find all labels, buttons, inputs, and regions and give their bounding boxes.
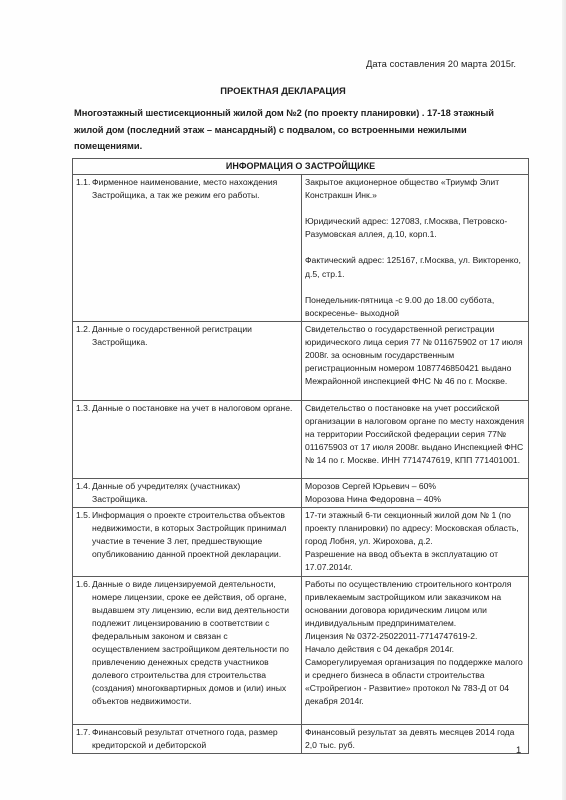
row-label: Данные об учредителях (участниках) Застр…: [92, 480, 297, 506]
table-row: 1.4.Данные об учредителях (участниках) З…: [73, 478, 529, 507]
row-label: Данные о государственной регистрации Зас…: [92, 323, 297, 349]
founder-2: Морозова Нина Федоровна – 40%: [305, 493, 524, 506]
commissioning-permit: Разрешение на ввод объекта в эксплуатаци…: [305, 548, 524, 574]
row-number: 1.2.: [76, 323, 92, 349]
scan-edge: [562, 0, 566, 800]
date-line: Дата составления 20 марта 2015г.: [366, 58, 516, 69]
row-number: 1.5.: [76, 509, 92, 561]
table-row: 1.1.Фирменное наименование, место нахожд…: [73, 175, 529, 322]
actual-address: Фактический адрес: 125167, г.Москва, ул.…: [305, 254, 524, 280]
developer-info-table: ИНФОРМАЦИЯ О ЗАСТРОЙЩИКЕ 1.1.Фирменное н…: [72, 158, 529, 754]
row-label: Фирменное наименование, место нахождения…: [92, 176, 297, 202]
row-number: 1.3.: [76, 402, 92, 415]
company-name: Закрытое акционерное общество «Триумф Эл…: [305, 176, 524, 202]
document-page: Дата составления 20 марта 2015г. ПРОЕКТН…: [0, 0, 566, 800]
row-label: Данные о виде лицензируемой деятельности…: [92, 578, 297, 709]
table-header: ИНФОРМАЦИЯ О ЗАСТРОЙЩИКЕ: [73, 159, 529, 175]
row-value: Свидетельство о постановке на учет росси…: [305, 402, 524, 467]
row-label: Данные о постановке на учет в налоговом …: [92, 402, 297, 415]
page-number: 1: [516, 744, 521, 755]
table-row: 1.6.Данные о виде лицензируемой деятельн…: [73, 576, 529, 724]
license-number: Лицензия № 0372-25022011-7714747619-2.: [305, 630, 524, 643]
row-label: Информация о проекте строительства объек…: [92, 509, 297, 561]
sro-info: Саморегулируемая организация по поддержк…: [305, 656, 524, 708]
row-value: Свидетельство о государственной регистра…: [305, 323, 524, 388]
row-number: 1.7.: [76, 726, 92, 752]
working-hours: Понедельник-пятница -с 9.00 до 18.00 суб…: [305, 294, 524, 320]
document-subtitle: Многоэтажный шестисекционный жилой дом №…: [74, 105, 524, 155]
table-row: 1.2.Данные о государственной регистрации…: [73, 321, 529, 400]
row-label: Финансовый результат отчетного года, раз…: [92, 726, 297, 752]
table-row: 1.3.Данные о постановке на учет в налого…: [73, 400, 529, 478]
row-number: 1.1.: [76, 176, 92, 202]
document-title: ПРОЕКТНАЯ ДЕКЛАРАЦИЯ: [0, 85, 566, 96]
project-description: 17-ти этажный 6-ти секционный жилой дом …: [305, 509, 524, 548]
license-start: Начало действия с 04 декабря 2014г.: [305, 643, 524, 656]
row-number: 1.4.: [76, 480, 92, 506]
table-row: 1.7.Финансовый результат отчетного года,…: [73, 724, 529, 753]
row-number: 1.6.: [76, 578, 92, 709]
legal-address: Юридический адрес: 127083, г.Москва, Пет…: [305, 215, 524, 241]
financial-result: Финансовый результат за девять месяцев 2…: [305, 726, 524, 752]
founder-1: Морозов Сергей Юрьевич – 60%: [305, 480, 524, 493]
license-activity: Работы по осуществлению строительного ко…: [305, 578, 524, 630]
table-row: 1.5.Информация о проекте строительства о…: [73, 508, 529, 576]
